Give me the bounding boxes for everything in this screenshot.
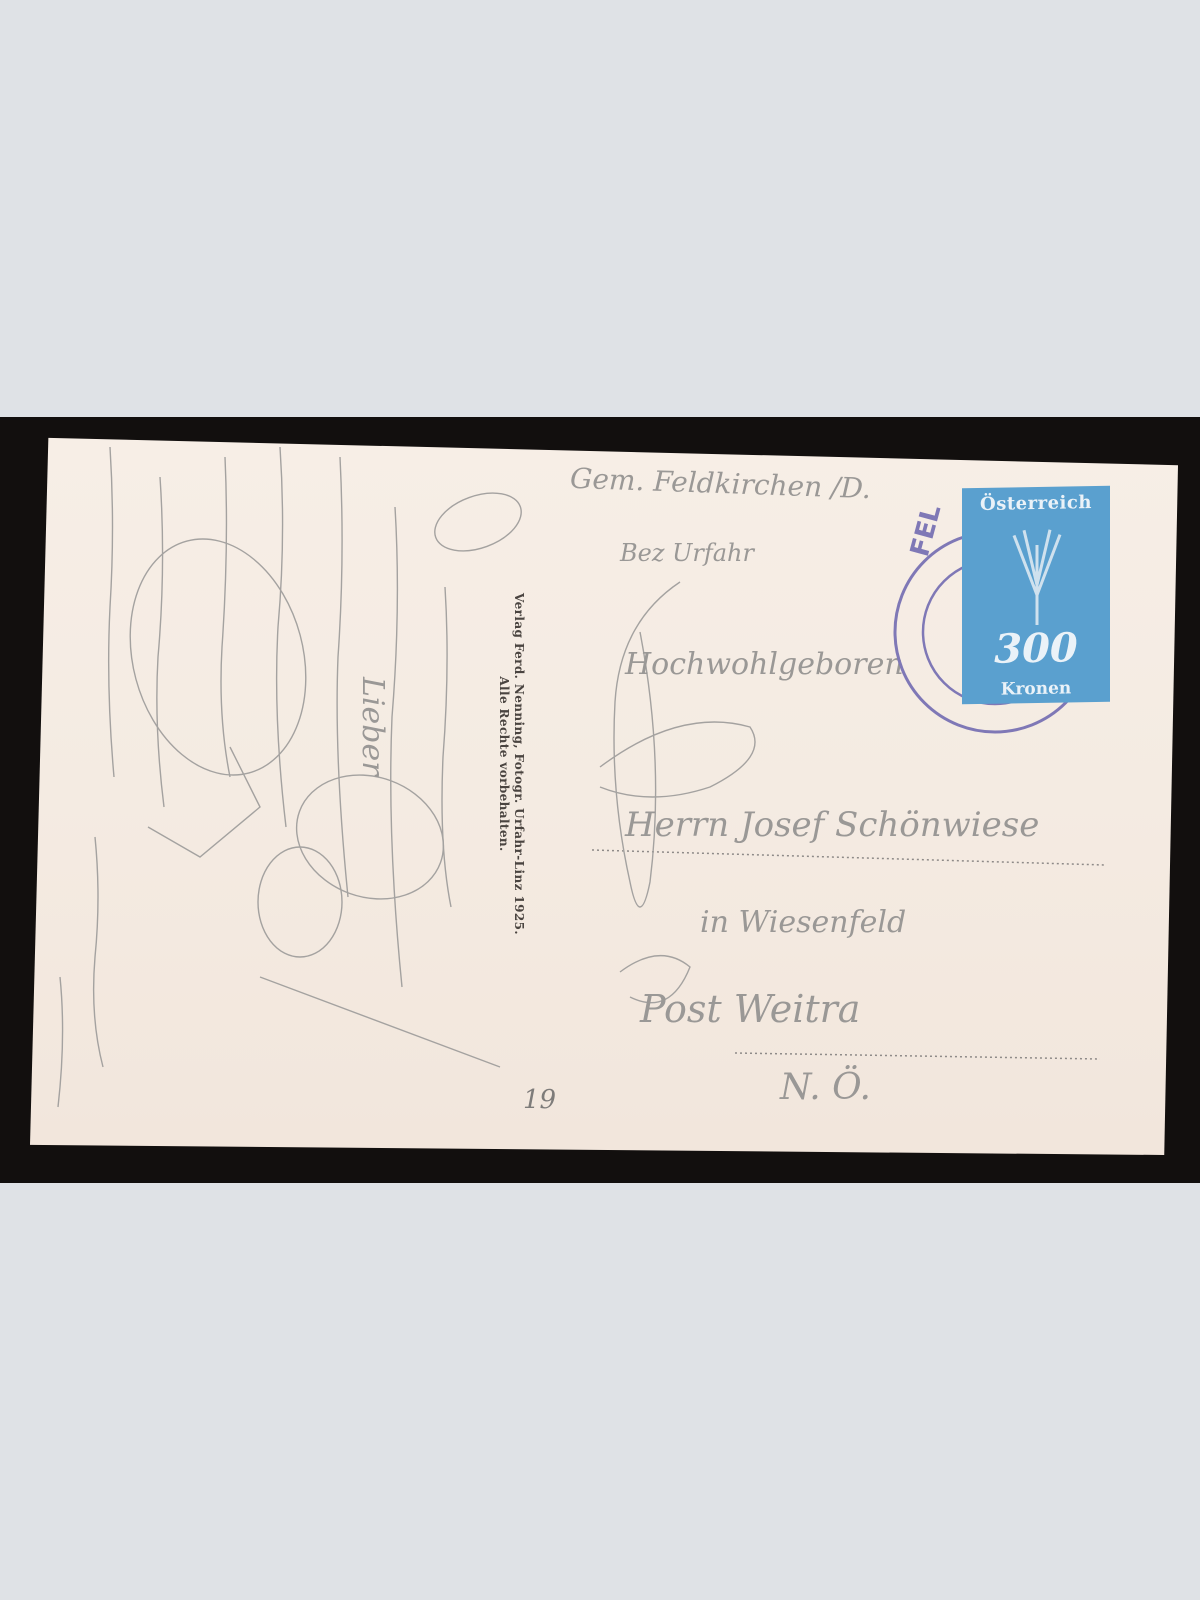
stamp-currency: Kronen	[962, 678, 1110, 701]
publisher-line-2: Alle Rechte vorbehalten.	[496, 593, 511, 935]
wheat-sheaf-icon	[1002, 524, 1072, 625]
address-line-4: N. Ö.	[780, 1067, 871, 1108]
sender-note-line-2: Bez Urfahr	[620, 539, 754, 567]
pencil-number: 19	[523, 1085, 556, 1115]
publisher-imprint: Verlag Ferd. Nenning, Fotogr. Urfahr-Lin…	[496, 593, 526, 935]
address-line-2: in Wiesenfeld	[700, 905, 906, 940]
stamp-country: Österreich	[962, 492, 1110, 516]
message-greeting: Lieber	[355, 677, 390, 776]
address-line-3: Post Weitra	[640, 987, 860, 1031]
postcard-photo: Verlag Ferd. Nenning, Fotogr. Urfahr-Lin…	[0, 417, 1200, 1183]
address-recipient: Herrn Josef Schönwiese	[625, 805, 1039, 845]
address-salutation: Hochwohlgeboren	[625, 647, 904, 682]
stamp-value: 300	[962, 624, 1110, 674]
publisher-line-1: Verlag Ferd. Nenning, Fotogr. Urfahr-Lin…	[511, 593, 526, 935]
stamp-face: Österreich 300 Kronen	[962, 486, 1110, 705]
postage-stamp: Österreich 300 Kronen	[954, 479, 1118, 711]
